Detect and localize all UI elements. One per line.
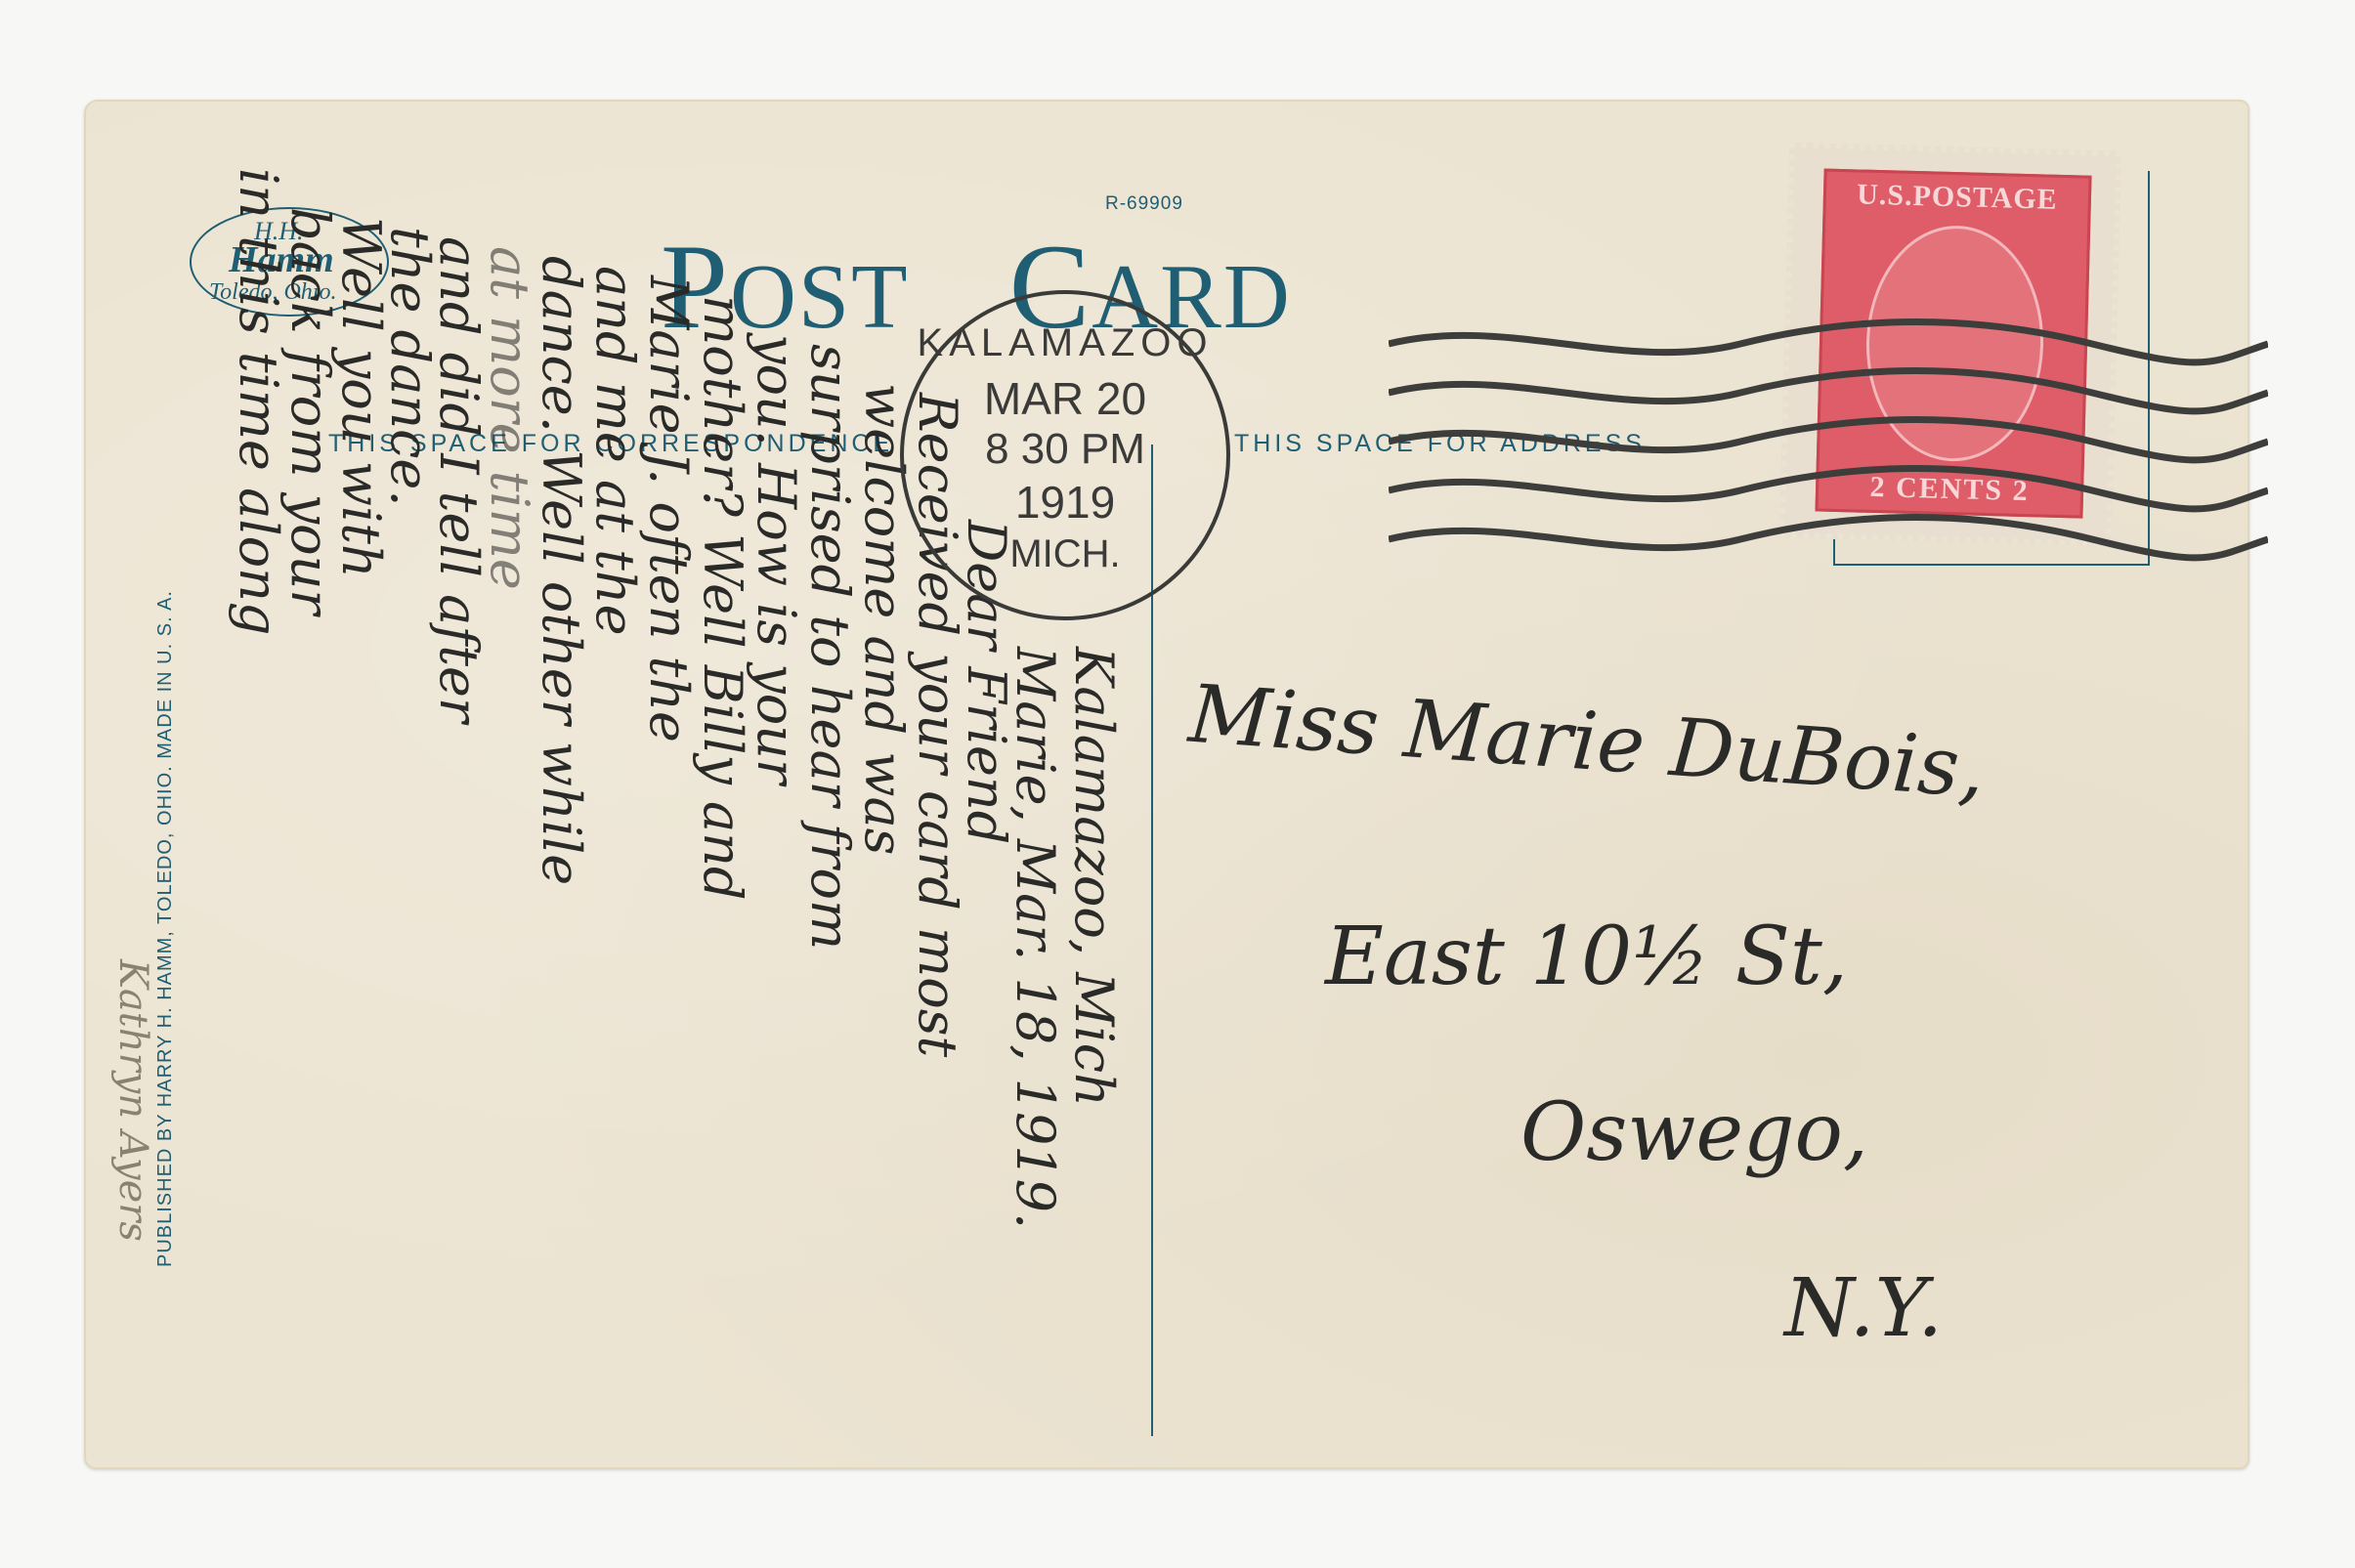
- address-line-name: Miss Marie DuBois,: [1186, 668, 1988, 817]
- message-line: Kalamazoo, Mich: [1067, 647, 1120, 1107]
- message-line: Marie J. often the: [642, 275, 695, 742]
- message-line: you. How is your: [749, 334, 802, 784]
- postmark-date: MAR 20: [904, 372, 1226, 425]
- postmark-state: MICH.: [904, 532, 1226, 576]
- message-line: at more time: [483, 246, 535, 590]
- message-line: back from your: [283, 207, 336, 614]
- message-line: Well you with: [334, 217, 387, 578]
- cancellation-lines-icon: [1389, 266, 2268, 617]
- address-line-street: East 10½ St,: [1325, 911, 1848, 1003]
- publisher-line: PUBLISHED BY HARRY H. HAMM, TOLEDO, OHIO…: [154, 590, 177, 1267]
- address-line-city: Oswego,: [1520, 1086, 1868, 1179]
- postmark: KALAMAZOO MAR 20 8 30 PM 1919 MICH.: [900, 290, 1230, 620]
- message-line: and me at the: [588, 266, 641, 636]
- postcard: H.H. Hamm Toledo, Ohio. R-69909 POST CAR…: [84, 100, 2249, 1469]
- postmark-time: 8 30 PM: [904, 425, 1226, 474]
- address-line-state: N.Y.: [1784, 1262, 1943, 1355]
- title-ost: OST: [730, 246, 910, 348]
- postmark-year: 1919: [904, 476, 1226, 529]
- message-line: in this time along: [232, 168, 284, 635]
- pencil-note: Kathryn Ayers: [113, 959, 152, 1242]
- message-line: mother? Well Billy and: [696, 295, 749, 901]
- serial-number: R-69909: [1105, 193, 1183, 215]
- message-line: surprised to hear from: [803, 344, 856, 950]
- postmark-city: KALAMAZOO: [904, 321, 1226, 365]
- stamp-top-text: U.S.POSTAGE: [1826, 178, 2089, 218]
- message-line: dance. Well other while: [535, 256, 587, 885]
